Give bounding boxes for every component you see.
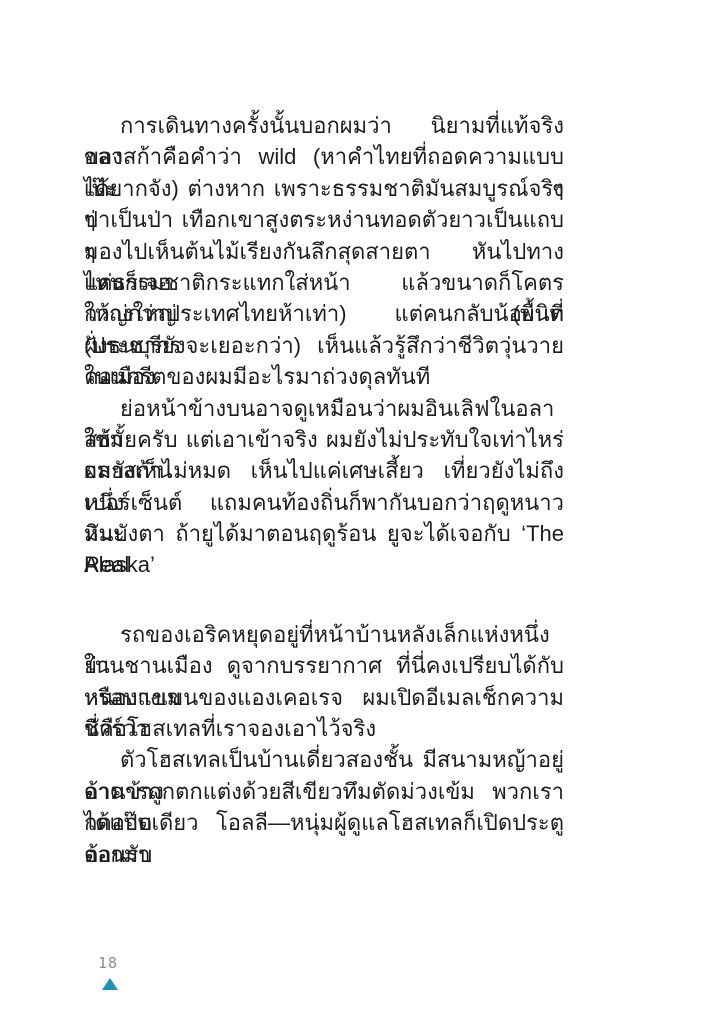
section-break [84,581,564,619]
paragraph-3: รถของเอริคหยุดอยู่ที่หน้าบ้านหลังเล็กแห่… [84,619,564,745]
text-line: เปอร์เซ็นต์ แถมคนท้องถิ่นก็พากันบอกว่าฤด… [84,487,564,518]
text-line: ตัวโฮสเทลเป็นบ้านเดี่ยวสองชั้น มีสนามหญ้… [84,744,564,775]
text-line: อลาสก้าไม่หมด เห็นไปแค่เศษเสี้ยว เที่ยวย… [84,455,564,486]
text-line: ใหญ่กว่าประเทศไทยห้าเท่า) แต่คนกลับน้อยน… [84,298,564,329]
text-line: ได้ยากจัง) ต่างหาก เพราะธรรมชาติมันสมบูร… [84,173,564,204]
text-line: คอนกรีตของผมมีอะไรมาถ่วงดุลทันที [84,361,564,392]
text-line: Alaska’ [84,549,564,580]
text-line: แต่ธรรมชาติกระแทกใส่หน้า แล้วขนาดก็โคตรก… [84,267,564,298]
triangle-up-icon [102,978,118,990]
book-page: การเดินทางครั้งนั้นบอกผมว่า นิยามที่แท้จ… [0,0,711,1024]
text-line: ฝั่งธนบุรียังจะเยอะกว่า) เห็นแล้วรู้สึกว… [84,330,564,361]
text-line: ป่าเป็นป่า เทือกเขาสูงตระหง่านทอดตัวยาวเ… [84,204,564,235]
page-number: 18 [98,954,118,972]
paragraph-1: การเดินทางครั้งนั้นบอกผมว่า นิยามที่แท้จ… [84,110,564,393]
text-line: การเดินทางครั้งนั้นบอกผมว่า นิยามที่แท้จ… [84,110,564,141]
text-line: นี่คือโฮสเทลที่เราจองเอาไว้จริง [84,713,564,744]
text-line: ต้อนรับ [84,839,564,870]
text-line: มองไปเห็นต้นไม้เรียงกันลึกสุดสายตา หันไป… [84,236,564,267]
text-line: อลาสก้าคือคำว่า wild (หาคำไทยที่ถอดความแ… [84,141,564,172]
text-line: ย่อหน้าข้างบนอาจดูเหมือนว่าผมอินเลิฟในอล… [84,393,564,424]
body-text: การเดินทางครั้งนั้นบอกผมว่า นิยามที่แท้จ… [84,110,564,870]
text-line: อาคารถูกตกแต่งด้วยสีเขียวทึมตัดม่วงเข้ม … [84,776,564,807]
text-line: หรือบางเขนของแองเคอเรจ ผมเปิดอีเมลเช็กคว… [84,682,564,713]
text-line: รถของเอริคหยุดอยู่ที่หน้าบ้านหลังเล็กแห่… [84,619,564,650]
text-line: ใช่มั้ยครับ แต่เอาเข้าจริง ผมยังไม่ประทั… [84,424,564,455]
text-line: ย่านชานเมือง ดูจากบรรยากาศ ที่นี่คงเปรีย… [84,650,564,681]
paragraph-4: ตัวโฮสเทลเป็นบ้านเดี่ยวสองชั้น มีสนามหญ้… [84,744,564,870]
paragraph-2: ย่อหน้าข้างบนอาจดูเหมือนว่าผมอินเลิฟในอล… [84,393,564,581]
text-line: มันบังตา ถ้ายูได้มาตอนฤดูร้อน ยูจะได้เจอ… [84,518,564,549]
text-line: ได้แป๊บเดียว โอลลี—หนุ่มผู้ดูแลโฮสเทลก็เ… [84,807,564,838]
